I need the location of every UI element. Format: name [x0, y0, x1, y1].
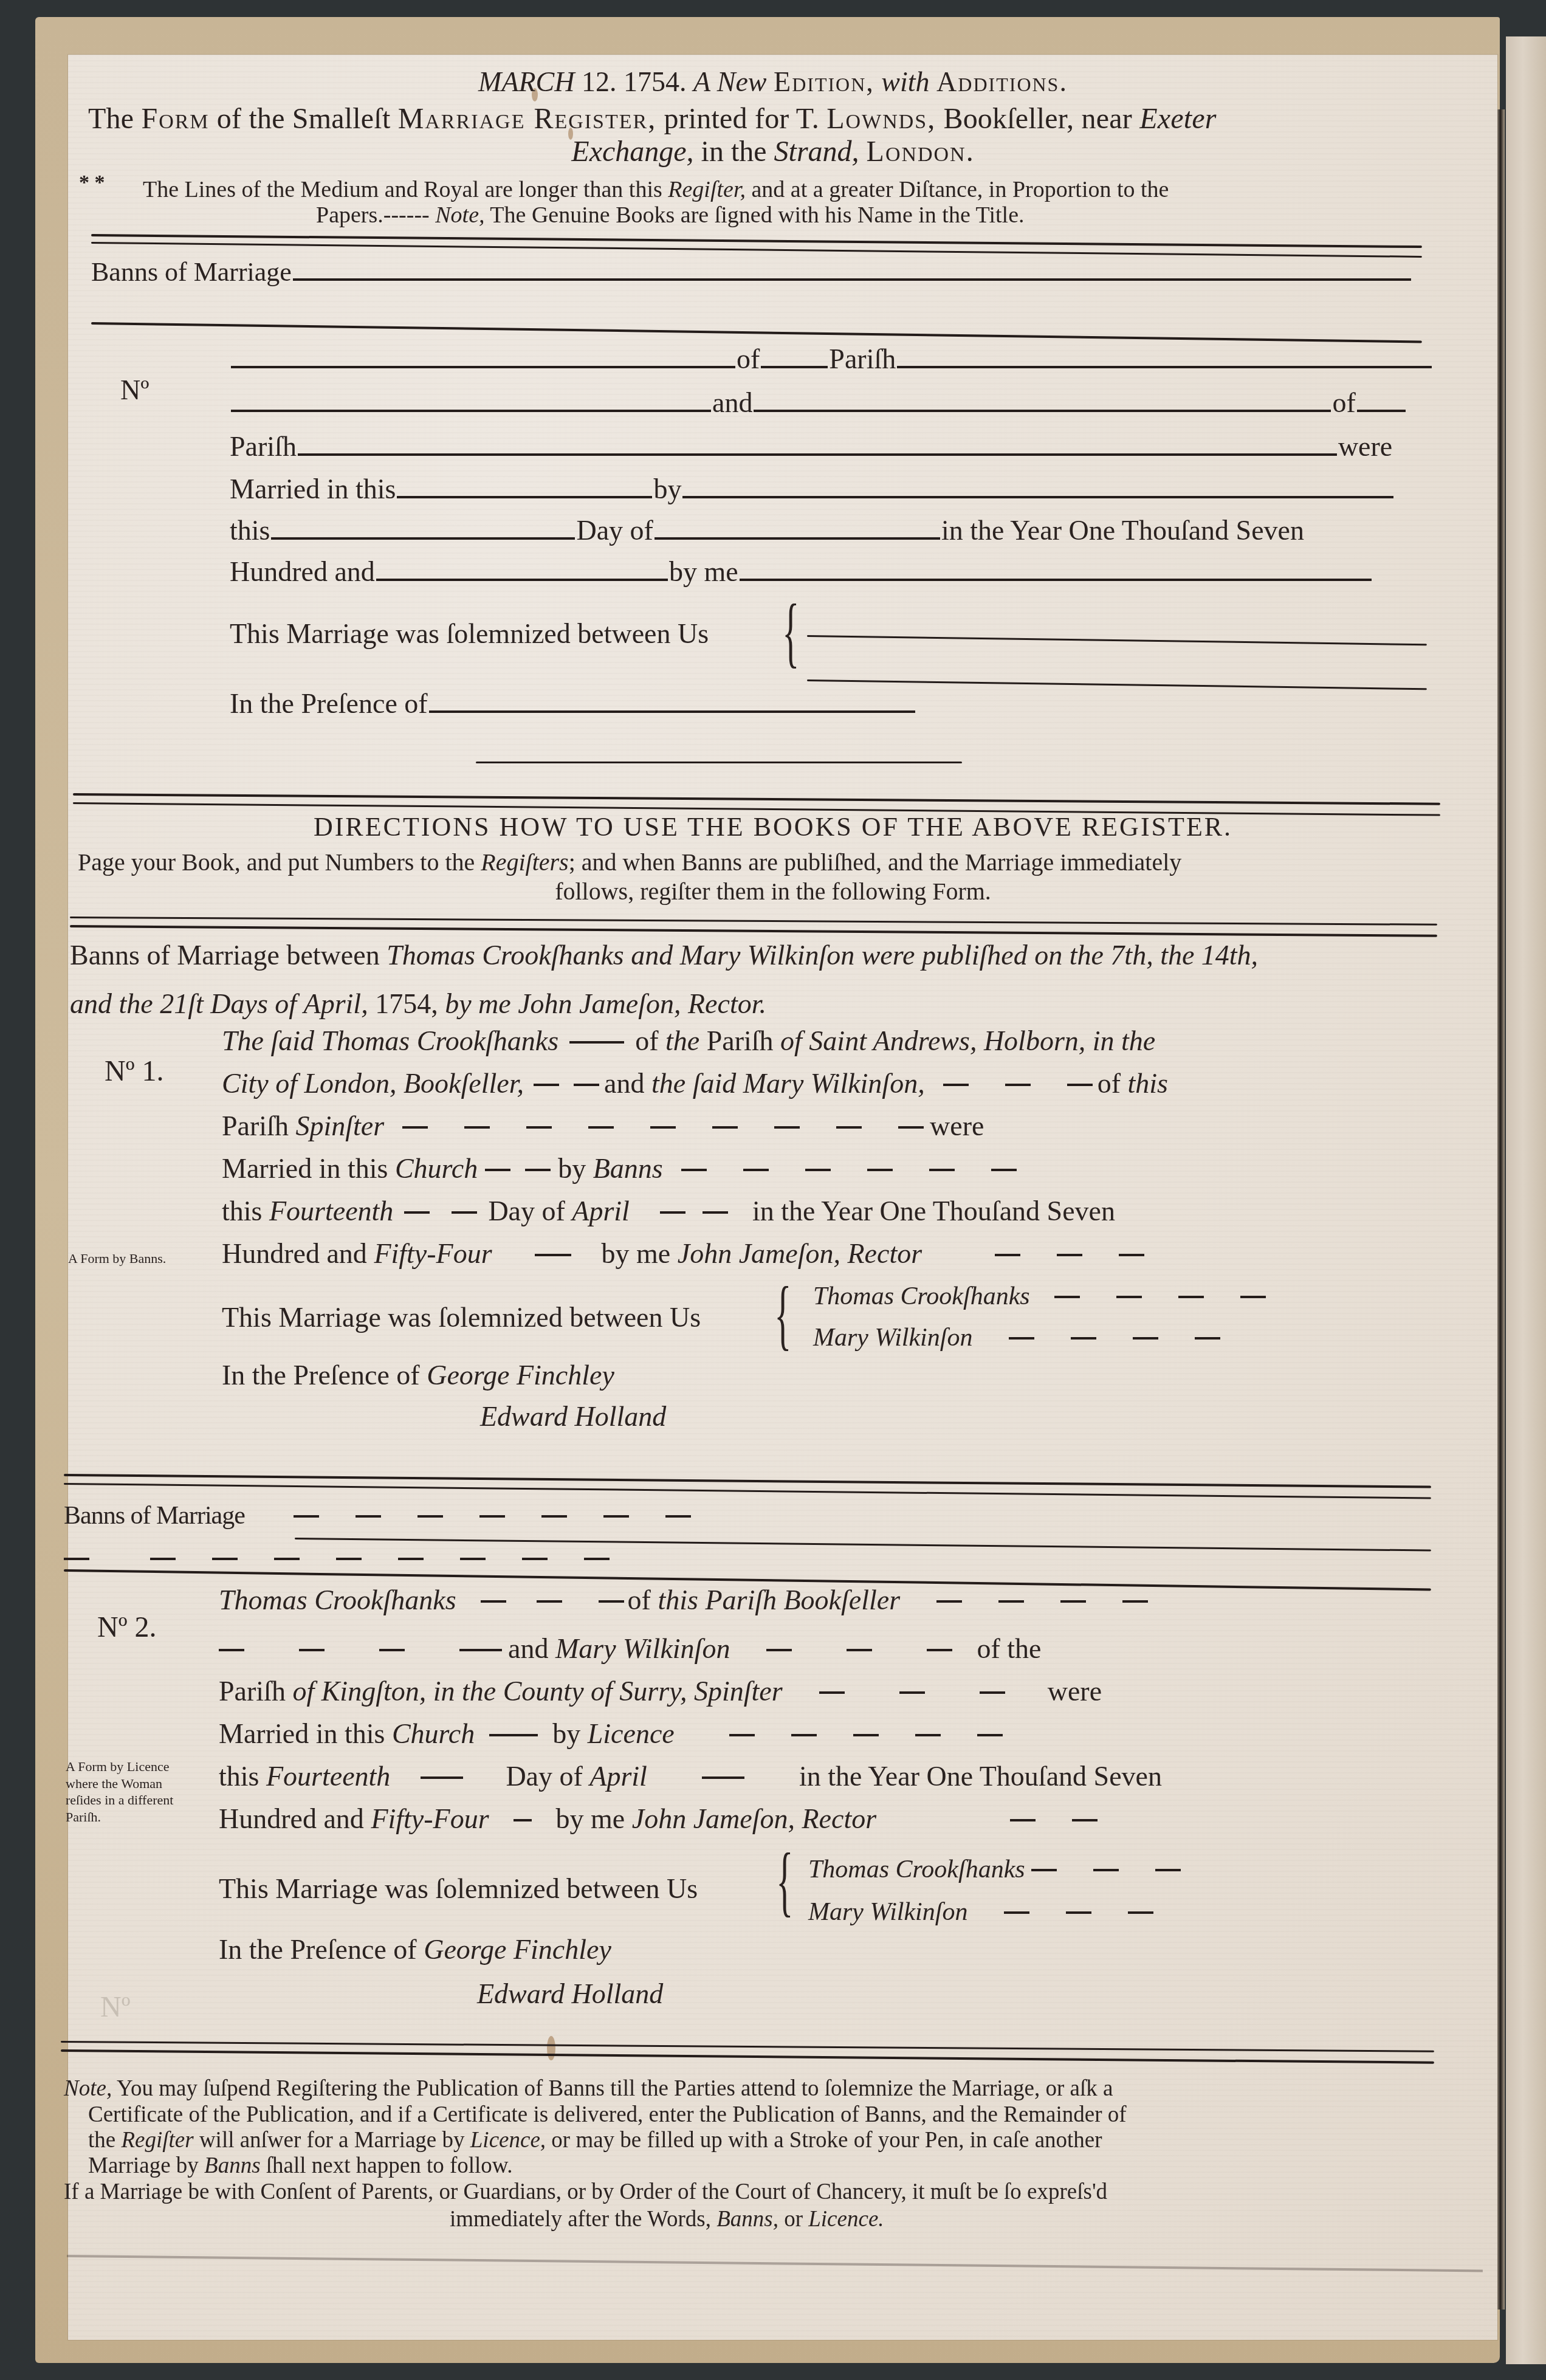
footer-note-line-5: If a Marriage be with Conſent of Parents…	[64, 2179, 1107, 2205]
entry-text: This Marriage was ſolemnized between Us	[219, 1873, 698, 1904]
witness-name: Edward Holland	[477, 1978, 663, 2009]
note-register: Regiſter	[121, 2128, 193, 2153]
entry-place: Church	[395, 1153, 478, 1184]
bride-name: the ſaid Mary Wilkinſon,	[651, 1068, 925, 1099]
entry1-presence: In the Preſence of George Finchley	[222, 1361, 614, 1389]
brace-icon: {	[764, 1275, 802, 1354]
header-note-line-1: The Lines of the Medium and Royal are lo…	[143, 176, 1169, 203]
entry-text: by me	[556, 1803, 625, 1834]
directions-line-1: Page your Book, and put Numbers to the R…	[78, 848, 1181, 876]
entry2-row-1: Thomas Crookſhanksof this Pariſh Bookſel…	[219, 1586, 1148, 1614]
marriage-day: Fourteenth	[269, 1195, 393, 1226]
bride-status: Spinſter	[295, 1110, 384, 1141]
party-name: Thomas Crookſhanks	[808, 1856, 1025, 1883]
entry-text: This Marriage was ſolemnized between Us	[222, 1302, 701, 1333]
note-text: will anſwer for a Marriage by	[199, 2128, 465, 2153]
note-register: Regiſter,	[668, 177, 746, 202]
entry-text: Pariſh	[707, 1025, 774, 1056]
example-banns-line-2: and the 21ſt Days of April, 1754, by me …	[70, 988, 766, 1020]
form-text: of	[737, 343, 760, 374]
groom-name: Thomas Crookſhanks	[219, 1584, 456, 1615]
title-exchange: Exchange,	[571, 136, 693, 168]
groom-occupation: City of London, Bookſeller,	[222, 1068, 524, 1099]
form-row-1: ofPariſh	[230, 345, 1433, 373]
entry-text: and	[508, 1633, 548, 1664]
form-text: this	[230, 515, 270, 546]
bride-parish: of Kingſton, in the County of Surry, Spi…	[292, 1676, 782, 1707]
entry-text: and	[604, 1068, 644, 1099]
entry1-party-2: Mary Wilkinſon	[813, 1325, 1220, 1350]
form-text: by me	[669, 556, 738, 587]
form-text: Day of	[576, 515, 653, 546]
edition-with: with	[881, 66, 929, 97]
form-text: Married in this	[230, 473, 396, 504]
ink-stain	[547, 2036, 555, 2060]
entry1-party-1: Thomas Crookſhanks	[813, 1284, 1266, 1309]
edition-line: MARCH 12. 1754. A New Edition, with Addi…	[0, 66, 1546, 98]
entry-text: by me	[602, 1238, 671, 1269]
entry-text: Day of	[506, 1761, 582, 1792]
directions-text: ; and when Banns are publiſhed, and the …	[569, 848, 1182, 876]
entry-text: Hundred and	[219, 1803, 364, 1834]
directions-registers: Regiſters	[481, 848, 568, 876]
entry2-party-1: Thomas Crookſhanks	[808, 1857, 1181, 1882]
blank-line[interactable]	[293, 278, 1411, 281]
page-gutter	[1496, 109, 1505, 2309]
blank-line[interactable]	[897, 365, 1432, 368]
title-word: The	[88, 103, 134, 135]
entry1-row-3: Pariſh Spinſterwere	[222, 1112, 984, 1140]
entry-text: Pariſh	[219, 1676, 286, 1707]
witness-blank-line[interactable]	[476, 762, 962, 763]
entry-text: of	[628, 1584, 651, 1615]
entry-text: Day of	[488, 1195, 565, 1226]
entry-number: Nº 1.	[105, 1054, 164, 1088]
entry-text: this	[1127, 1068, 1167, 1099]
marriage-month: April	[572, 1195, 630, 1226]
title-word: printed for T.	[664, 103, 819, 135]
entry2-party-2: Mary Wilkinſon	[808, 1899, 1153, 1925]
blank-line[interactable]	[740, 578, 1372, 581]
directions-heading: DIRECTIONS HOW TO USE THE BOOKS OF THE A…	[0, 811, 1546, 842]
title-line-2: Exchange, in the Strand, London.	[0, 135, 1546, 168]
banns-officiant: by me John Jameſon, Rector.	[445, 988, 766, 1019]
note-text: Marriage by	[88, 2153, 199, 2178]
entry-text: Married in this	[219, 1718, 385, 1749]
note-text: ſhall next happen to follow.	[266, 2153, 513, 2178]
banns-month: April,	[304, 988, 368, 1019]
entry-text: in the Year One Thouſand Seven	[752, 1195, 1115, 1226]
brace-icon: {	[772, 593, 809, 672]
groom-parish: this Pariſh	[658, 1584, 777, 1615]
title-word: in the	[701, 136, 767, 168]
blank-line[interactable]	[271, 537, 575, 540]
note-text: If a Marriage be with Conſent of Parents…	[64, 2179, 1107, 2204]
form-text: In the Preſence of	[230, 688, 428, 719]
form-text: This Marriage was ſolemnized between Us	[230, 618, 709, 649]
footer-note-line-3: the Regiſter will anſwer for a Marriage …	[88, 2127, 1102, 2153]
entry-text: of	[1098, 1068, 1121, 1099]
facing-page-edge	[1506, 36, 1546, 2364]
margin-note-licence: A Form by Licence where the Woman reſide…	[66, 1758, 173, 1825]
edition-date: 12. 1754.	[582, 66, 687, 97]
entry-text: by	[552, 1718, 580, 1749]
marriage-method: Licence	[588, 1718, 675, 1749]
edition-additions: Additions.	[936, 66, 1068, 97]
entry1-row-5: this FourteenthDay of Aprilin the Year O…	[222, 1197, 1115, 1225]
title-form: Form	[141, 103, 209, 135]
entry1-row-solemnized: This Marriage was ſolemnized between Us	[222, 1304, 701, 1332]
entry-text: Pariſh	[222, 1110, 289, 1141]
title-line-1: The Form of the Smalleſt Marriage Regist…	[88, 102, 1217, 136]
directions-line-2: follows, regiſter them in the following …	[0, 877, 1546, 906]
footer-note-line-4: Marriage by Banns ſhall next happen to f…	[88, 2153, 512, 2179]
blank-line[interactable]	[231, 409, 711, 412]
note-banns: Banns	[204, 2153, 261, 2178]
footer-note-line-1: Note, You may ſuſpend Regiſtering the Pu…	[64, 2076, 1113, 2102]
margin-note-line: Pariſh.	[66, 1809, 173, 1826]
entry2-row-solemnized: This Marriage was ſolemnized between Us	[219, 1875, 698, 1903]
entry2-witness-2: Edward Holland	[477, 1980, 663, 2008]
marriage-day: Fourteenth	[266, 1761, 390, 1792]
note-licence: Licence,	[470, 2128, 546, 2153]
banns-detail: Thomas Crookſhanks and Mary Wilkinſon we…	[386, 940, 1258, 971]
title-lownds: Lownds,	[826, 103, 936, 135]
blank-line[interactable]	[654, 537, 940, 540]
blank-line[interactable]	[429, 710, 915, 713]
entry1-row-6: Hundred and Fifty-Fourby me John Jameſon…	[222, 1240, 1144, 1268]
banns-dash-row	[64, 1544, 610, 1573]
marriage-year: Fifty-Four	[374, 1238, 492, 1269]
form-text: Pariſh	[230, 431, 297, 462]
entry2-row-5: this FourteenthDay of Aprilin the Year O…	[219, 1763, 1162, 1790]
form-row-4: Married in thisby	[230, 475, 1395, 503]
title-word: of the Smalleſt	[217, 103, 391, 135]
bleed-through-number: Nº	[100, 1990, 131, 2024]
note-text: or may be filled up with a Stroke of you…	[551, 2128, 1102, 2153]
entry-text: the	[665, 1025, 699, 1056]
form-row-5: thisDay ofin the Year One Thouſand Seven	[230, 517, 1304, 545]
blank-line[interactable]	[1357, 409, 1406, 412]
banns-prefix: Banns of Marriage between	[70, 940, 380, 971]
brace-icon: {	[766, 1842, 803, 1921]
note-text: or	[784, 2207, 803, 2232]
entry-text: Hundred and	[222, 1238, 367, 1269]
marriage-year: Fifty-Four	[371, 1803, 489, 1834]
entry-text: this	[219, 1761, 259, 1792]
form-row-6: Hundred andby me	[230, 558, 1373, 586]
title-word: Bookſeller, near	[943, 103, 1132, 135]
title-london: London.	[867, 136, 975, 168]
entry-text: of	[635, 1025, 658, 1056]
marriage-month: April	[589, 1761, 647, 1792]
groom-parish: of Saint Andrews, Holborn, in the	[780, 1025, 1155, 1056]
form-text: Pariſh	[829, 343, 896, 374]
form-row-solemnized: This Marriage was ſolemnized between Us	[230, 620, 709, 648]
note-label: Note,	[435, 202, 484, 228]
margin-note-line: where the Woman	[66, 1775, 173, 1792]
entry1-row-2: City of London, Bookſeller,and the ſaid …	[222, 1070, 1168, 1098]
blank-line[interactable]	[682, 495, 1393, 498]
margin-note-line: A Form by Licence	[66, 1758, 173, 1775]
witness-name: George Finchley	[427, 1360, 614, 1391]
title-marriage-register: Marriage Register,	[398, 103, 657, 135]
blank-line[interactable]	[754, 409, 1331, 412]
witness-name: George Finchley	[424, 1934, 611, 1965]
entry2-presence: In the Preſence of George Finchley	[219, 1936, 611, 1964]
blank-line[interactable]	[376, 578, 668, 581]
banns-detail: and the 21ſt Days of	[70, 988, 297, 1019]
directions-text: Page your Book, and put Numbers to the	[78, 848, 475, 876]
officiant-name: John Jameſon, Rector	[678, 1238, 922, 1269]
footer-note-line-6: immediately after the Words, Banns, or L…	[450, 2206, 884, 2232]
blank-line[interactable]	[761, 365, 828, 368]
banns-line-blank: Banns of Marriage	[91, 256, 1412, 287]
marriage-method: Banns	[593, 1153, 663, 1184]
entry2-row-4: Married in this Churchby Licence	[219, 1720, 1003, 1748]
title-strand: Strand,	[774, 136, 859, 168]
note-banns: Banns,	[716, 2207, 778, 2232]
banns-label: Banns of Marriage	[64, 1502, 245, 1530]
party-name: Mary Wilkinſon	[808, 1898, 967, 1926]
entry-text: In the Preſence of	[222, 1360, 420, 1391]
form-row-3: Pariſhwere	[230, 433, 1392, 461]
note-text: Papers.------	[316, 202, 430, 228]
entry2-row-3: Pariſh of Kingſton, in the County of Sur…	[219, 1677, 1102, 1705]
entry-place: Church	[392, 1718, 475, 1749]
blank-line[interactable]	[231, 365, 735, 368]
note-text: You may ſuſpend Regiſtering the Publicat…	[117, 2076, 1113, 2101]
form-text: by	[653, 473, 681, 504]
groom-name: The ſaid Thomas Crookſhanks	[222, 1025, 558, 1056]
form-number: Nº	[120, 374, 149, 406]
form-text: in the Year One Thouſand Seven	[941, 515, 1304, 546]
note-text: The Genuine Books are ſigned with his Na…	[490, 202, 1024, 228]
form-text: were	[1338, 431, 1392, 462]
groom-occupation: Bookſeller	[783, 1584, 900, 1615]
entry-text: were	[930, 1110, 984, 1141]
entry-text: were	[1048, 1676, 1102, 1707]
party-name: Mary Wilkinſon	[813, 1324, 972, 1352]
note-text: and at a greater Diſtance, in Proportion…	[751, 177, 1169, 202]
entry2-row-2: and Mary Wilkinſonof the	[219, 1635, 1041, 1663]
witness-name: Edward Holland	[480, 1401, 666, 1432]
banns-line-2: Banns of Marriage	[64, 1501, 691, 1530]
blank-line[interactable]	[397, 495, 652, 498]
note-text: The Lines of the Medium and Royal are lo…	[143, 177, 662, 202]
entry1-row-1: The ſaid Thomas Crookſhanksof the Pariſh…	[222, 1027, 1155, 1055]
note-text: Certificate of the Publication, and if a…	[88, 2102, 1127, 2127]
entry-text: Married in this	[222, 1153, 388, 1184]
note-text: immediately after the Words,	[450, 2207, 711, 2232]
entry-text: by	[558, 1153, 586, 1184]
note-text: the	[88, 2128, 115, 2153]
entry2-row-6: Hundred and Fifty-Fourby me John Jameſon…	[219, 1805, 1098, 1833]
officiant-name: John Jameſon, Rector	[632, 1803, 876, 1834]
edition-month: MARCH	[478, 66, 574, 97]
edition-label: Edition,	[774, 66, 874, 97]
form-text: and	[712, 387, 752, 418]
title-exeter: Exeter	[1139, 103, 1216, 135]
entry-text: of the	[977, 1633, 1041, 1664]
form-text: of	[1332, 387, 1355, 418]
asterisks: * *	[79, 171, 105, 194]
note-label: Note,	[64, 2076, 112, 2101]
header-note-line-2: Papers.------ Note, The Genuine Books ar…	[316, 202, 1025, 229]
party-name: Thomas Crookſhanks	[813, 1282, 1030, 1310]
banns-label: Banns of Marriage	[91, 257, 292, 287]
entry-text: In the Preſence of	[219, 1934, 417, 1965]
note-licence: Licence.	[808, 2207, 884, 2232]
entry1-witness-2: Edward Holland	[480, 1403, 666, 1431]
form-row-presence: In the Preſence of	[230, 690, 916, 718]
example-banns-line-1: Banns of Marriage between Thomas Crookſh…	[70, 939, 1258, 971]
bride-name: Mary Wilkinſon	[555, 1633, 730, 1664]
entry-text: this	[222, 1195, 262, 1226]
banns-year: 1754,	[375, 988, 438, 1019]
form-row-2: andof	[230, 389, 1407, 417]
form-text: Hundred and	[230, 556, 375, 587]
margin-note-line: reſides in a different	[66, 1792, 173, 1809]
blank-line[interactable]	[298, 453, 1337, 456]
edition-new: A New	[693, 66, 767, 97]
footer-note-line-2: Certificate of the Publication, and if a…	[88, 2102, 1127, 2128]
entry1-row-4: Married in this Churchby Banns	[222, 1155, 1017, 1183]
entry-text: in the Year One Thouſand Seven	[799, 1761, 1162, 1792]
entry-number: Nº 2.	[97, 1611, 157, 1644]
margin-note-banns: A Form by Banns.	[68, 1250, 166, 1267]
